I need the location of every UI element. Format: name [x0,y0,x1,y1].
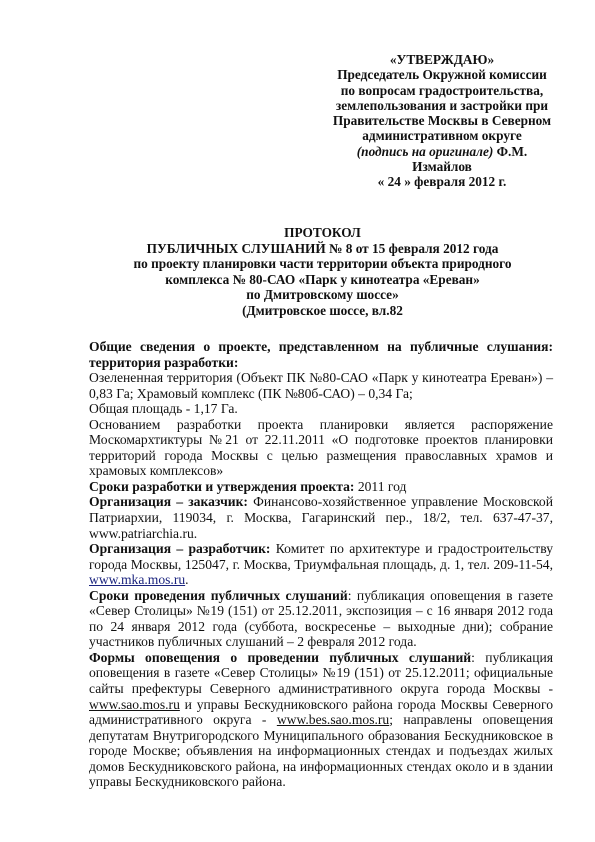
terms-value: 2011 год [354,479,406,494]
sao-link[interactable]: www.sao.mos.ru [89,697,180,712]
general-info-heading: Общие сведения о проекте, представленном… [89,339,553,370]
title-line: комплекса № 80-САО «Парк у кинотеатра «Е… [60,272,585,288]
approval-block: «УТВЕРЖДАЮ» Председатель Окружной комисс… [300,52,584,190]
signer-surname: Измайлов [300,159,584,174]
approval-line: по вопросам градостроительства, [300,83,584,98]
title-line: ПУБЛИЧНЫХ СЛУШАНИЙ № 8 от 15 февраля 201… [60,241,585,257]
total-area: Общая площадь - 1,17 Га. [89,401,553,417]
protocol-body: Общие сведения о проекте, представленном… [89,339,553,790]
terms-paragraph: Сроки разработки и утверждения проекта: … [89,479,553,495]
approval-line: административном округе [300,128,584,143]
approval-date: « 24 » февраля 2012 г. [300,174,584,189]
approval-line: землепользования и застройки при [300,98,584,113]
territory-paragraph: Озелененная территория (Объект ПК №80-СА… [89,370,553,401]
bes-sao-link[interactable]: www.bes.sao.mos.ru [277,712,389,727]
signature-line: (подпись на оригинале) Ф.М. [300,144,584,159]
terms-label: Сроки разработки и утверждения проекта: [89,479,354,494]
title-line: по Дмитровскому шоссе» [60,287,585,303]
mka-link[interactable]: www.mka.mos.ru [89,572,185,587]
signature-note: (подпись на оригинале) [357,144,494,159]
developer-paragraph: Организация – разработчик: Комитет по ар… [89,541,553,588]
notify-paragraph: Формы оповещения о проведении публичных … [89,650,553,790]
hearing-label: Сроки проведения публичных слушаний [89,588,348,603]
approval-line: Председатель Окружной комиссии [300,67,584,82]
signer-initials: Ф.М. [493,144,527,159]
approval-line: Правительстве Москвы в Северном [300,113,584,128]
developer-label: Организация – разработчик: [89,541,270,556]
title-line: по проекту планировки части территории о… [60,256,585,272]
title-line: ПРОТОКОЛ [60,225,585,241]
title-line: (Дмитровское шоссе, вл.82 [60,303,585,319]
approval-heading: «УТВЕРЖДАЮ» [300,52,584,67]
basis-paragraph: Основанием разработки проекта планировки… [89,417,553,479]
customer-label: Организация – заказчик: [89,494,248,509]
hearing-paragraph: Сроки проведения публичных слушаний: пуб… [89,588,553,650]
notify-label: Формы оповещения о проведении публичных … [89,650,471,665]
protocol-title: ПРОТОКОЛ ПУБЛИЧНЫХ СЛУШАНИЙ № 8 от 15 фе… [60,225,585,319]
customer-paragraph: Организация – заказчик: Финансово-хозяйс… [89,494,553,541]
